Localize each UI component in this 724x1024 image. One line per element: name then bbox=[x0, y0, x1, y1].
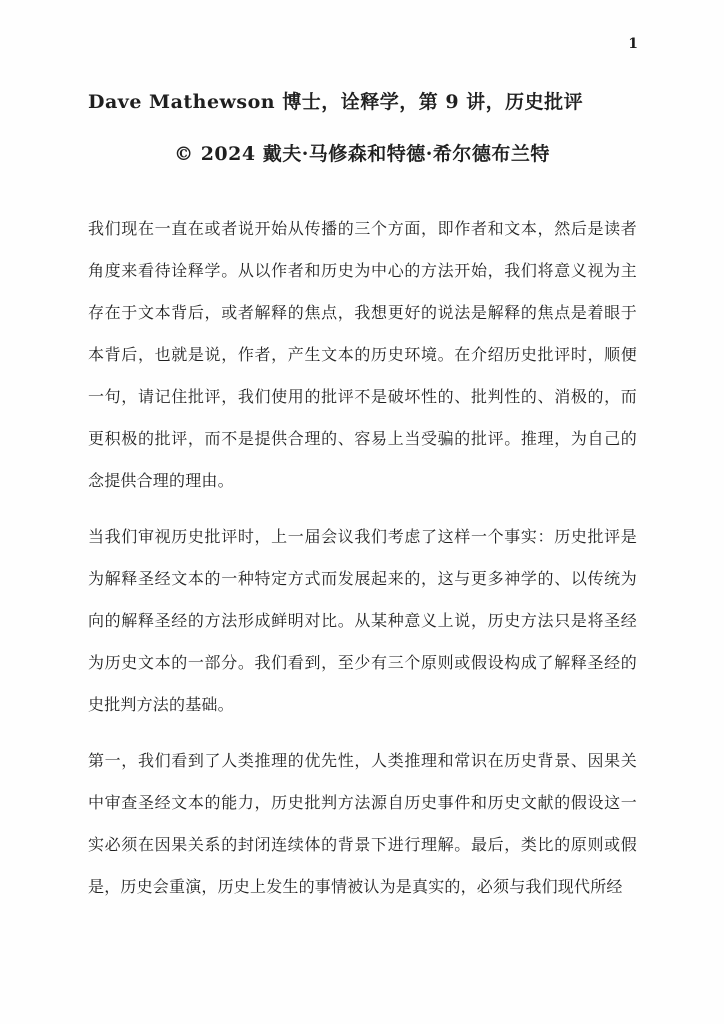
document-page: 1 Dave Mathewson 博士，诠释学，第 9 讲，历史批评 © 202… bbox=[0, 0, 724, 1024]
text-line: 第一，我们看到了人类推理的优先性，人类推理和常识在历史背景、因果关系 bbox=[88, 740, 637, 782]
text-line: 当我们审视历史批评时，上一届会议我们考虑了这样一个事实：历史批评是作 bbox=[88, 516, 637, 558]
text-line: 为历史文本的一部分。我们看到，至少有三个原则或假设构成了解释圣经的历 bbox=[88, 642, 637, 684]
text-line: 念提供合理的理由。 bbox=[88, 460, 637, 502]
paragraph: 我们现在一直在或者说开始从传播的三个方面，即作者和文本，然后是读者的角度来看待诠… bbox=[88, 208, 637, 502]
text-line: 向的解释圣经的方法形成鲜明对比。从某种意义上说，历史方法只是将圣经视 bbox=[88, 600, 637, 642]
text-line: 角度来看待诠释学。从以作者和历史为中心的方法开始，我们将意义视为主要 bbox=[88, 250, 637, 292]
document-title: Dave Mathewson 博士，诠释学，第 9 讲，历史批评 bbox=[88, 90, 636, 114]
text-line: 实必须在因果关系的封闭连续体的背景下进行理解。最后，类比的原则或假设 bbox=[88, 824, 637, 866]
text-line: 为解释圣经文本的一种特定方式而发展起来的，这与更多神学的、以传统为导 bbox=[88, 558, 637, 600]
text-line: 中审查圣经文本的能力，历史批判方法源自历史事件和历史文献的假设这一事 bbox=[88, 782, 637, 824]
text-line: 是，历史会重演，历史上发生的事情被认为是真实的，必须与我们现代所经历 bbox=[88, 866, 637, 908]
text-line: 更积极的批评，而不是提供合理的、容易上当受骗的批评。推理，为自己的信 bbox=[88, 418, 637, 460]
copyright-line: © 2024 戴夫·马修森和特德·希尔德布兰特 bbox=[88, 142, 636, 166]
text-line: 本背后，也就是说，作者，产生文本的历史环境。在介绍历史批评时，顺便说 bbox=[88, 334, 637, 376]
page-number: 1 bbox=[628, 36, 638, 52]
text-line: 一句，请记住批评，我们使用的批评不是破坏性的、批判性的、消极的，而是 bbox=[88, 376, 637, 418]
paragraph: 第一，我们看到了人类推理的优先性，人类推理和常识在历史背景、因果关系中审查圣经文… bbox=[88, 740, 637, 908]
paragraphs: 我们现在一直在或者说开始从传播的三个方面，即作者和文本，然后是读者的角度来看待诠… bbox=[88, 166, 637, 908]
text-line: 我们现在一直在或者说开始从传播的三个方面，即作者和文本，然后是读者的 bbox=[88, 208, 637, 250]
text-line: 存在于文本背后，或者解释的焦点，我想更好的说法是解释的焦点是着眼于文 bbox=[88, 292, 637, 334]
text-line: 史批判方法的基础。 bbox=[88, 684, 637, 726]
paragraph: 当我们审视历史批评时，上一届会议我们考虑了这样一个事实：历史批评是作为解释圣经文… bbox=[88, 516, 637, 726]
